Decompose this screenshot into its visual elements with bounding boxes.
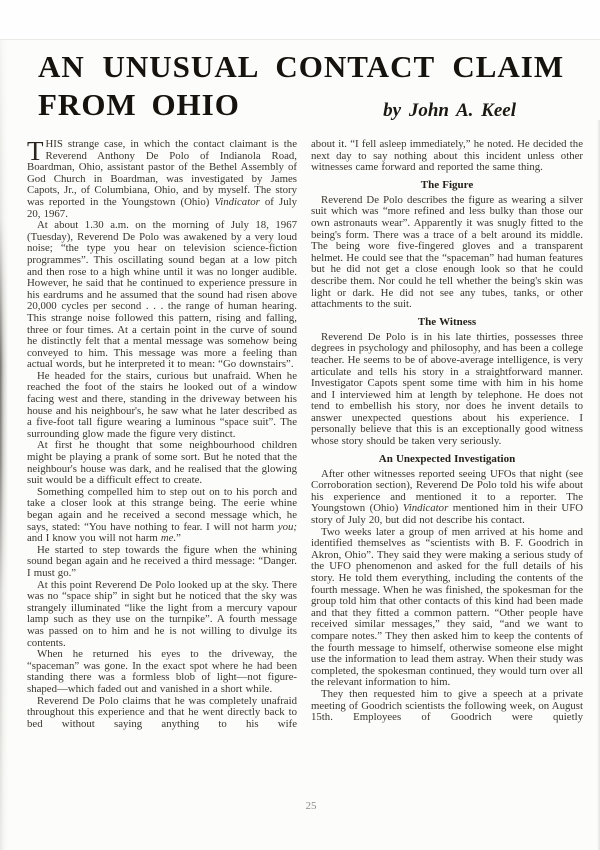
drop-cap: T (27, 139, 46, 162)
paragraph: Reverend De Polo describes the figure as… (311, 195, 583, 311)
section-heading: The Figure (311, 179, 583, 191)
paragraph: THIS strange case, in which the contact … (27, 139, 297, 220)
section-heading: The Witness (311, 316, 583, 328)
paragraph: After other witnesses reported seeing UF… (311, 469, 583, 527)
article-header: AN UNUSUAL CONTACT CLAIM FROM OHIO by Jo… (38, 50, 516, 124)
scan-left-edge-artifact (0, 40, 8, 850)
paragraph: Two weeks later a group of men arrived a… (311, 527, 583, 689)
paragraph: When he returned his eyes to the drivewa… (27, 649, 297, 695)
paragraph: He headed for the stairs, curious but un… (27, 371, 297, 441)
paragraph: Reverend De Polo claims that he was comp… (27, 696, 297, 731)
text-column-right: about it. “I fell asleep immediately,” h… (311, 139, 583, 730)
scan-top-edge-line (0, 39, 600, 40)
scan-top-margin (0, 0, 600, 39)
paragraph: Something compelled him to step out on t… (27, 487, 297, 545)
section-heading: An Unexpected Investigation (311, 453, 583, 465)
paragraph: They then requested him to give a speech… (311, 689, 583, 724)
scanned-magazine-page: AN UNUSUAL CONTACT CLAIM FROM OHIO by Jo… (0, 0, 600, 850)
paragraph: Reverend De Polo is in his late thirties… (311, 332, 583, 448)
paragraph: At about 1.30 a.m. on the morning of Jul… (27, 220, 297, 371)
paragraph: At this point Reverend De Polo looked up… (27, 580, 297, 650)
article-byline: by John A. Keel (383, 100, 516, 122)
paragraph: about it. “I fell asleep immediately,” h… (311, 139, 583, 174)
paragraph: He started to step towards the figure wh… (27, 545, 297, 580)
paragraph: At first he thought that some neighbourh… (27, 440, 297, 486)
text-column-left: THIS strange case, in which the contact … (27, 139, 297, 730)
page-number: 25 (0, 800, 600, 812)
article-title-line1: AN UNUSUAL CONTACT CLAIM (38, 50, 516, 84)
article-body: THIS strange case, in which the contact … (27, 139, 587, 730)
